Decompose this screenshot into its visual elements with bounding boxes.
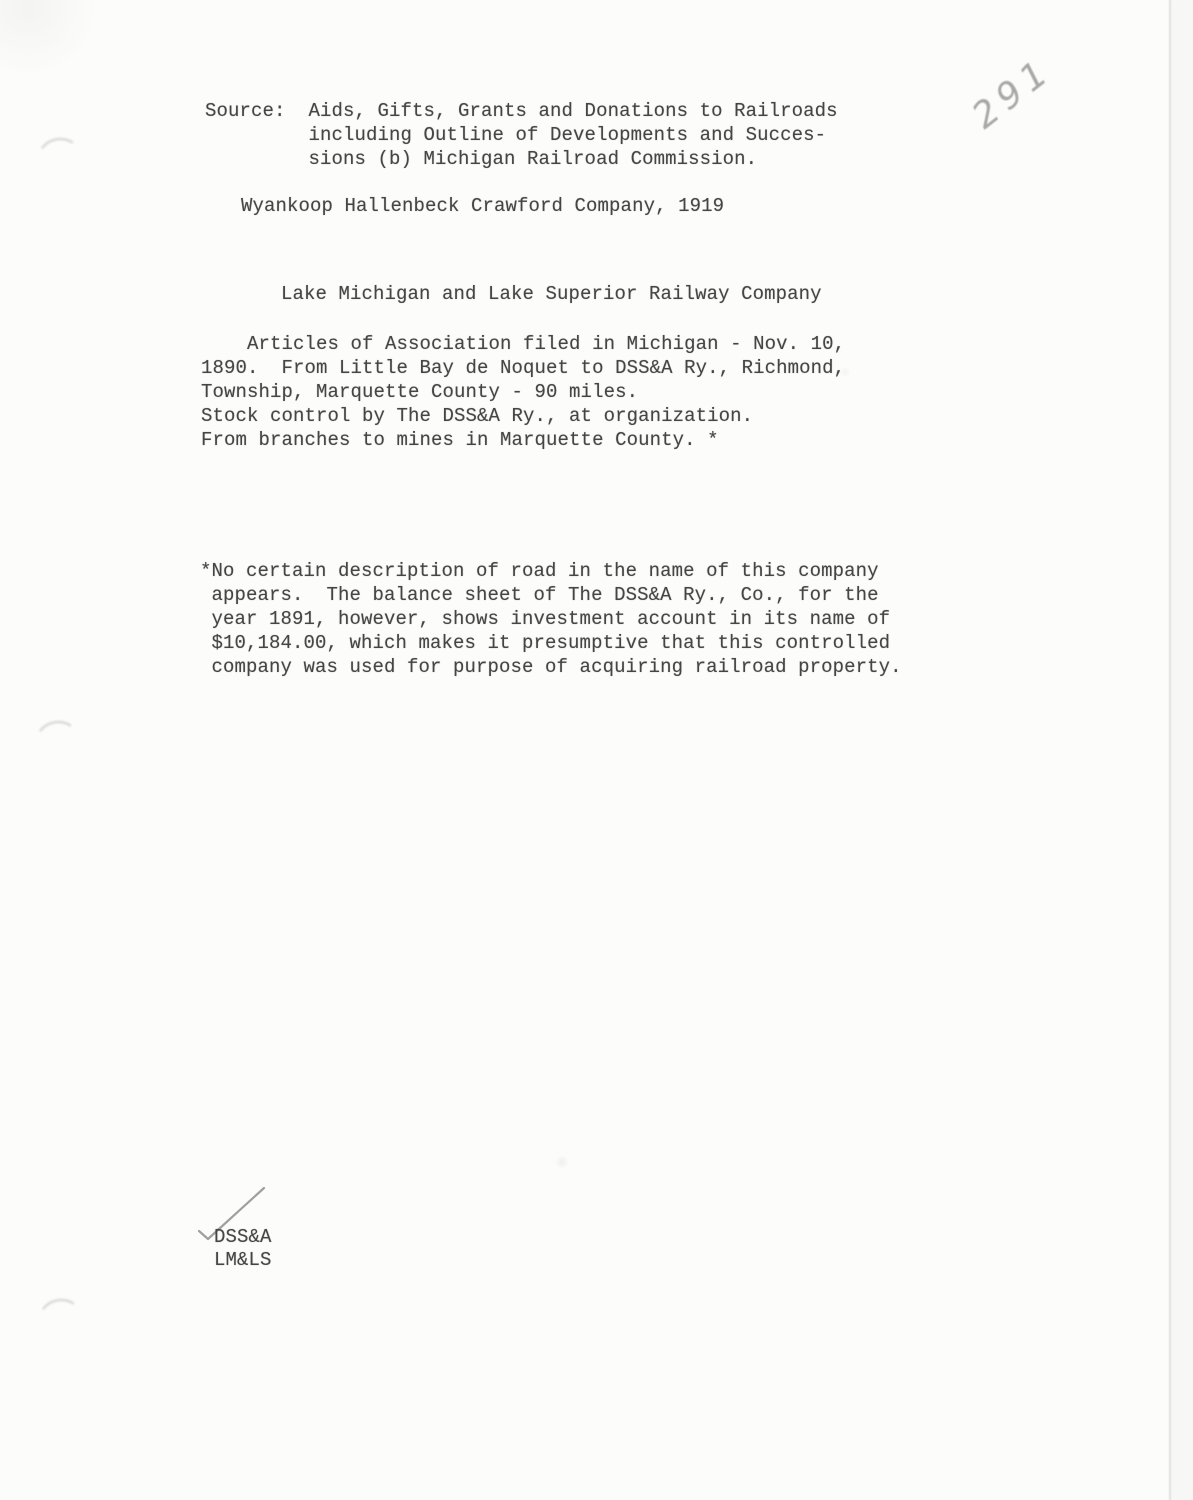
index-abbreviation-marks: DSS&A LM&LS	[214, 1226, 272, 1272]
scanned-document-page: 291 Source: Aids, Gifts, Grants and Dona…	[0, 0, 1193, 1500]
body-paragraph: Articles of Association filed in Michiga…	[201, 332, 845, 452]
page-edge-shadow-strip	[1171, 0, 1193, 1500]
source-citation: Source: Aids, Gifts, Grants and Donation…	[205, 99, 838, 171]
binder-hole-shadow-top	[34, 134, 87, 185]
publisher-line: Wyankoop Hallenbeck Crawford Company, 19…	[241, 194, 724, 218]
footnote: *No certain description of road in the n…	[200, 559, 902, 679]
handwritten-page-number: 291	[965, 49, 1061, 137]
binder-hole-shadow-middle	[32, 717, 85, 768]
document-title: Lake Michigan and Lake Superior Railway …	[281, 282, 822, 306]
binder-hole-shadow-bottom	[35, 1295, 88, 1346]
